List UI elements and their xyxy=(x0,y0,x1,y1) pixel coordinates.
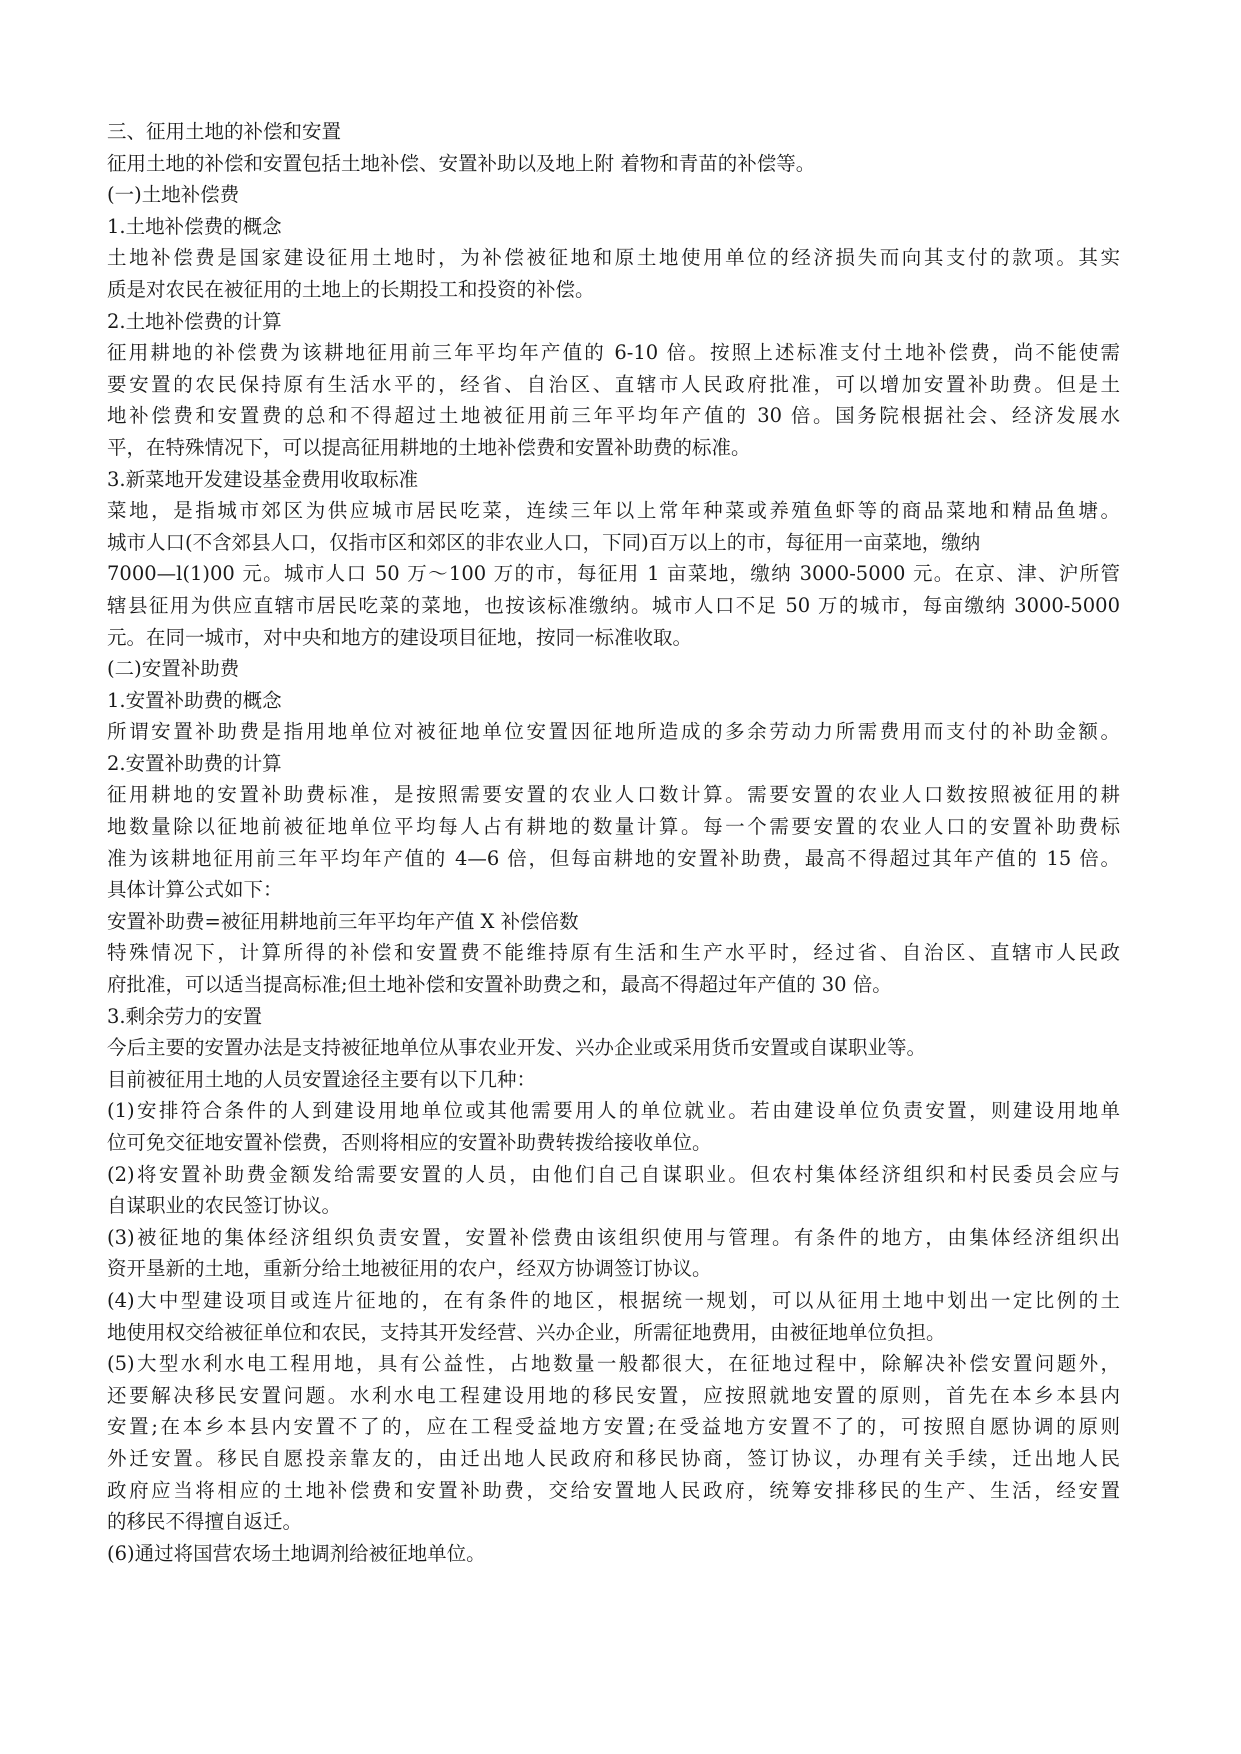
text-line: 征用耕地的补偿费为该耕地征用前三年平均年产值的 6-10 倍。按照上述标准支付土… xyxy=(107,337,1120,369)
text-line: (1)安排符合条件的人到建设用地单位或其他需要用人的单位就业。若由建设单位负责安… xyxy=(107,1095,1120,1127)
text-line: (3)被征地的集体经济组织负责安置，安置补偿费由该组织使用与管理。有条件的地方，… xyxy=(107,1222,1120,1254)
text-line: 安置;在本乡本县内安置不了的，应在工程受益地方安置;在受益地方安置不了的，可按照… xyxy=(107,1411,1120,1443)
text-line: (一)土地补偿费 xyxy=(107,179,1127,211)
text-line: 目前被征用土地的人员安置途径主要有以下几种： xyxy=(107,1064,1127,1096)
text-line: 地数量除以征地前被征地单位平均每人占有耕地的数量计算。每一个需要安置的农业人口的… xyxy=(107,811,1120,843)
text-line: 政府应当将相应的土地补偿费和安置补助费，交给安置地人民政府，统筹安排移民的生产、… xyxy=(107,1475,1120,1507)
text-line: 7000—l(1)00 元。城市人口 50 万～100 万的市，每征用 1 亩菜… xyxy=(107,558,1120,590)
text-line: 安置补助费=被征用耕地前三年平均年产值 X 补偿倍数 xyxy=(107,906,1127,938)
text-line: 地使用权交给被征单位和农民，支持其开发经营、兴办企业，所需征地费用，由被征地单位… xyxy=(107,1317,1127,1349)
text-line: 征用耕地的安置补助费标准，是按照需要安置的农业人口数计算。需要安置的农业人口数按… xyxy=(107,779,1120,811)
text-line: 平，在特殊情况下，可以提高征用耕地的土地补偿费和安置补助费的标准。 xyxy=(107,432,1127,464)
text-line: (4)大中型建设项目或连片征地的，在有条件的地区，根据统一规划，可以从征用土地中… xyxy=(107,1285,1120,1317)
text-line: 城市人口(不含郊县人口，仅指市区和郊区的非农业人口，下同)百万以上的市，每征用一… xyxy=(107,527,1127,559)
text-line: 土地补偿费是国家建设征用土地时，为补偿被征地和原土地使用单位的经济损失而向其支付… xyxy=(107,242,1120,274)
text-line: 征用土地的补偿和安置包括土地补偿、安置补助以及地上附 着物和青苗的补偿等。 xyxy=(107,148,1127,180)
text-line: 地补偿费和安置费的总和不得超过土地被征用前三年平均年产值的 30 倍。国务院根据… xyxy=(107,400,1120,432)
text-line: 质是对农民在被征用的土地上的长期投工和投资的补偿。 xyxy=(107,274,1127,306)
text-line: 2.土地补偿费的计算 xyxy=(107,306,1127,338)
text-line: 特殊情况下，计算所得的补偿和安置费不能维持原有生活和生产水平时，经过省、自治区、… xyxy=(107,937,1120,969)
text-line: 1.土地补偿费的概念 xyxy=(107,211,1127,243)
text-line: 今后主要的安置办法是支持被征地单位从事农业开发、兴办企业或采用货币安置或自谋职业… xyxy=(107,1032,1127,1064)
text-line: (6)通过将国营农场土地调剂给被征地单位。 xyxy=(107,1538,1127,1570)
text-line: 3.剩余劳力的安置 xyxy=(107,1001,1127,1033)
text-line: 府批准，可以适当提高标准;但土地补偿和安置补助费之和，最高不得超过年产值的 30… xyxy=(107,969,1127,1001)
text-line: (2)将安置补助费金额发给需要安置的人员，由他们自己自谋职业。但农村集体经济组织… xyxy=(107,1159,1120,1191)
text-line: 3.新菜地开发建设基金费用收取标准 xyxy=(107,464,1127,496)
text-line: 的移民不得擅自返迁。 xyxy=(107,1506,1127,1538)
text-line: 要安置的农民保持原有生活水平的，经省、自治区、直辖市人民政府批准，可以增加安置补… xyxy=(107,369,1120,401)
text-line: 准为该耕地征用前三年平均年产值的 4—6 倍，但每亩耕地的安置补助费，最高不得超… xyxy=(107,843,1120,875)
text-line: (二)安置补助费 xyxy=(107,653,1127,685)
text-line: 资开垦新的土地，重新分给土地被征用的农户，经双方协调签订协议。 xyxy=(107,1253,1127,1285)
text-line: 具体计算公式如下： xyxy=(107,874,1127,906)
document-page: 三、征用土地的补偿和安置征用土地的补偿和安置包括土地补偿、安置补助以及地上附 着… xyxy=(107,116,1127,1569)
text-line: 位可免交征地安置补偿费，否则将相应的安置补助费转拨给接收单位。 xyxy=(107,1127,1127,1159)
text-line: 自谋职业的农民签订协议。 xyxy=(107,1190,1127,1222)
text-line: 元。在同一城市，对中央和地方的建设项目征地，按同一标准收取。 xyxy=(107,622,1127,654)
text-line: 2.安置补助费的计算 xyxy=(107,748,1127,780)
text-line: 还要解决移民安置问题。水利水电工程建设用地的移民安置，应按照就地安置的原则，首先… xyxy=(107,1380,1120,1412)
text-line: 1.安置补助费的概念 xyxy=(107,685,1127,717)
text-line: 辖县征用为供应直辖市居民吃菜的菜地，也按该标准缴纳。城市人口不足 50 万的城市… xyxy=(107,590,1120,622)
text-line: 外迁安置。移民自愿投亲靠友的，由迁出地人民政府和移民协商，签订协议，办理有关手续… xyxy=(107,1443,1120,1475)
text-line: 所谓安置补助费是指用地单位对被征地单位安置因征地所造成的多余劳动力所需费用而支付… xyxy=(107,716,1120,748)
text-line: 三、征用土地的补偿和安置 xyxy=(107,116,1127,148)
text-line: (5)大型水利水电工程用地，具有公益性，占地数量一般都很大，在征地过程中，除解决… xyxy=(107,1348,1120,1380)
text-line: 菜地，是指城市郊区为供应城市居民吃菜，连续三年以上常年种菜或养殖鱼虾等的商品菜地… xyxy=(107,495,1120,527)
